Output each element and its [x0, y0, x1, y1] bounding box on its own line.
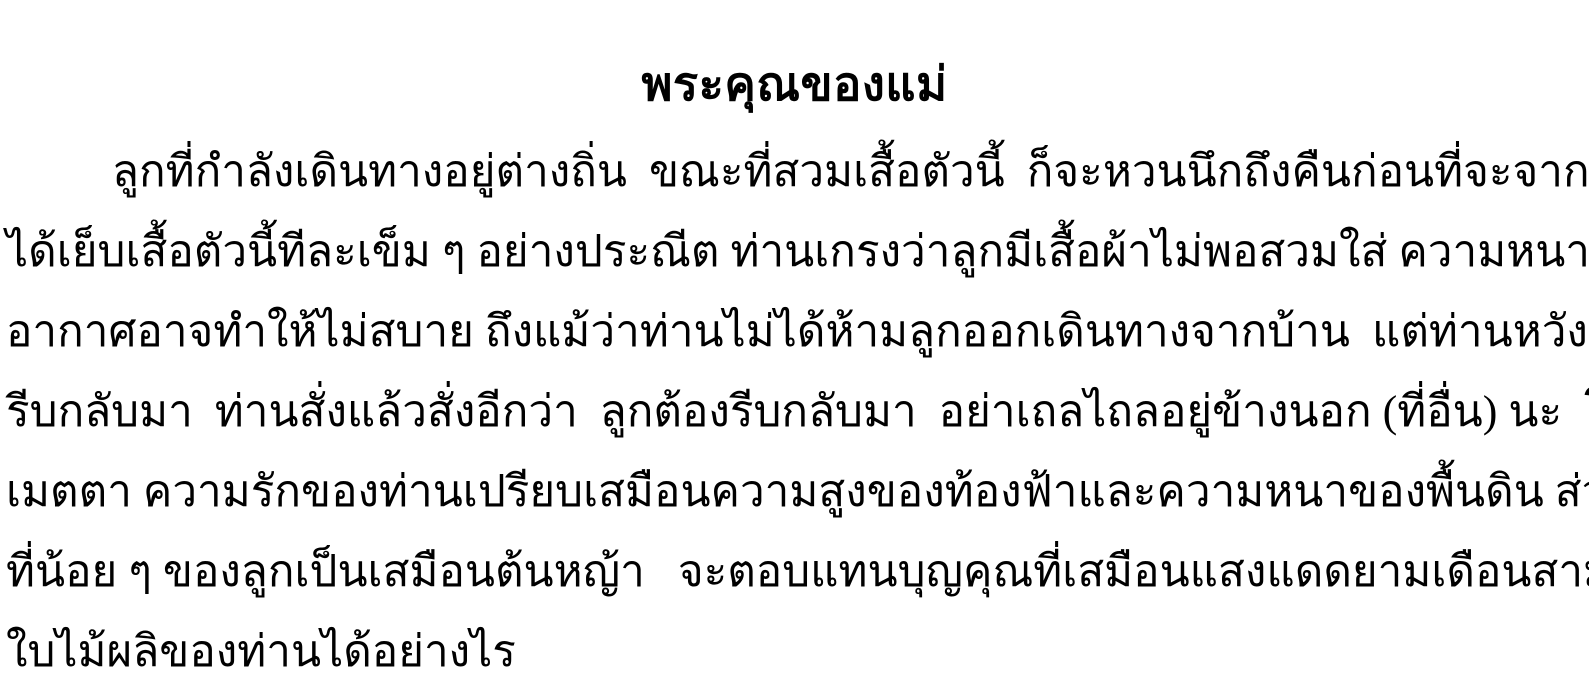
text-line: ได้เย็บเสื้อตัวนี้ทีละเข็ม ๆ อย่างประณีต… — [6, 212, 1583, 292]
text-line: ใบไม้ผลิของท่านได้อย่างไร — [6, 612, 1583, 692]
text-line: เมตตา ความรักของท่านเปรียบเสมือนความสูงข… — [6, 452, 1583, 532]
text-line: อากาศอาจทำให้ไม่สบาย ถึงแม้ว่าท่านไม่ได้… — [6, 292, 1583, 372]
text-line: รีบกลับมา ท่านสั่งแล้วสั่งอีกว่า ลูกต้อง… — [6, 372, 1583, 452]
text-line: ลูกที่กำลังเดินทางอยู่ต่างถิ่น ขณะที่สวม… — [6, 132, 1583, 212]
document-paragraph: ลูกที่กำลังเดินทางอยู่ต่างถิ่น ขณะที่สวม… — [6, 132, 1583, 692]
document-title: พระคุณของแม่ — [6, 52, 1583, 118]
text-line: ที่น้อย ๆ ของลูกเป็นเสมือนต้นหญ้า จะตอบแ… — [6, 532, 1583, 612]
document-page: พระคุณของแม่ ลูกที่กำลังเดินทางอยู่ต่างถ… — [0, 0, 1589, 700]
